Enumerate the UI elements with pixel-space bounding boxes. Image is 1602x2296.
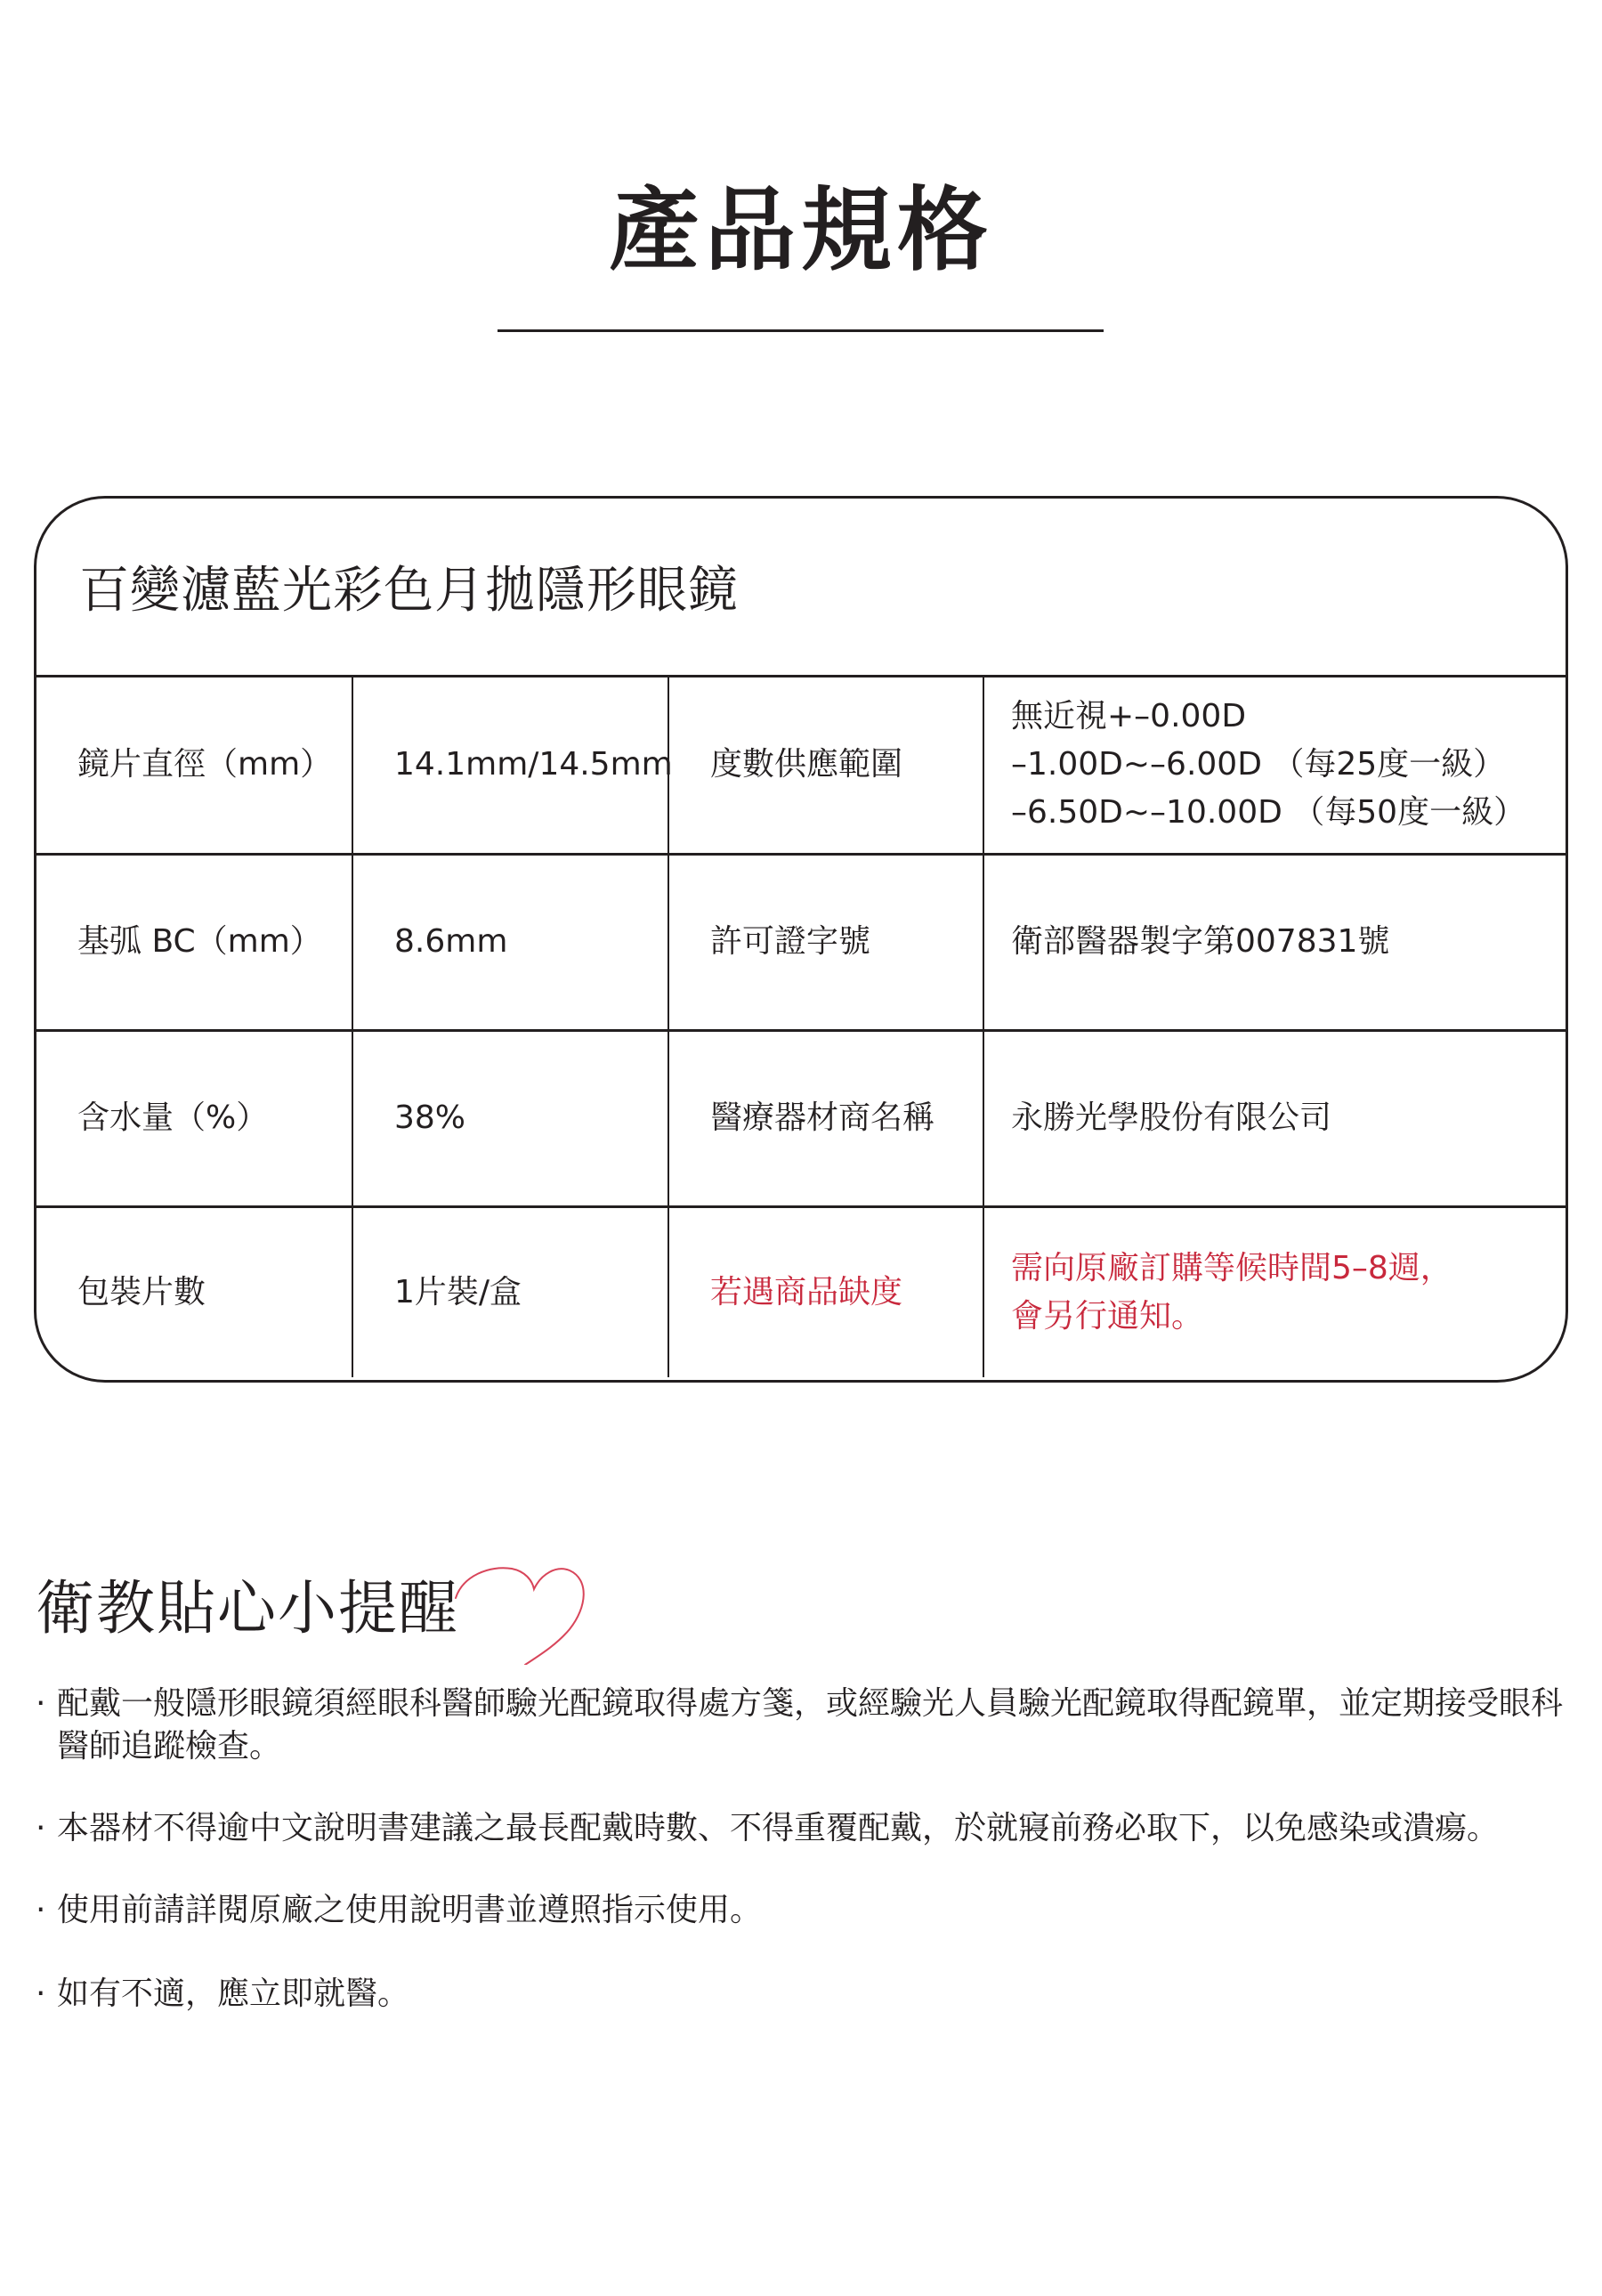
tip-item: · 使用前請詳閱原廠之使用說明書並遵照指示使用。 [36, 1889, 1566, 1932]
notice-line: 會另行通知。 [1011, 1293, 1566, 1341]
notice-line: 需向原廠訂購等候時間5–8週， [1011, 1245, 1566, 1293]
tip-text: 本器材不得逾中文說明書建議之最長配戴時數、不得重覆配戴，於就寢前務必取下，以免感… [57, 1810, 1499, 1846]
tips-heading: 衛教貼心小提醒 [36, 1569, 459, 1649]
tip-text: 如有不適，應立即就醫。 [57, 1976, 409, 2012]
label-manufacturer: 醫療器材商名稱 [668, 1030, 983, 1206]
value-power-range: 無近視+–0.00D –1.00D~–6.00D （每25度一級） –6.50D… [983, 677, 1566, 854]
value-manufacturer: 永勝光學股份有限公司 [983, 1030, 1566, 1206]
power-range-line: 無近視+–0.00D [1011, 693, 1566, 741]
bullet-dot: · [36, 1683, 57, 1725]
label-out-of-stock: 若遇商品缺度 [668, 1206, 983, 1377]
value-base-curve: 8.6mm [352, 854, 668, 1030]
bullet-dot: · [36, 1807, 57, 1850]
table-row-package: 包裝片數 1片裝/盒 若遇商品缺度 需向原廠訂購等候時間5–8週， 會另行通知。 [36, 1206, 1566, 1377]
tip-item: · 配戴一般隱形眼鏡須經眼科醫師驗光配鏡取得處方箋，或經驗光人員驗光配鏡取得配鏡… [36, 1683, 1566, 1768]
bullet-dot: · [36, 1889, 57, 1932]
title-divider [498, 329, 1104, 332]
tip-text: 配戴一般隱形眼鏡須經眼科醫師驗光配鏡取得處方箋，或經驗光人員驗光配鏡取得配鏡單，… [57, 1685, 1563, 1765]
product-name: 百變濾藍光彩色月拋隱形眼鏡 [36, 499, 1566, 677]
power-range-line: –1.00D~–6.00D （每25度一級） [1011, 741, 1566, 789]
tip-text: 使用前請詳閱原廠之使用說明書並遵照指示使用。 [57, 1892, 762, 1928]
value-diameter: 14.1mm/14.5mm [352, 677, 668, 854]
power-range-line: –6.50D~–10.00D （每50度一級） [1011, 789, 1566, 837]
table-row-water-content: 含水量（%） 38% 醫療器材商名稱 永勝光學股份有限公司 [36, 1030, 1566, 1206]
label-power-range: 度數供應範圍 [668, 677, 983, 854]
spec-table: 鏡片直徑（mm） 14.1mm/14.5mm 度數供應範圍 無近視+–0.00D… [36, 677, 1566, 1377]
label-package-count: 包裝片數 [36, 1206, 352, 1377]
value-package-count: 1片裝/盒 [352, 1206, 668, 1377]
value-out-of-stock-notice: 需向原廠訂購等候時間5–8週， 會另行通知。 [983, 1206, 1566, 1377]
table-row-base-curve: 基弧 BC（mm） 8.6mm 許可證字號 衛部醫器製字第007831號 [36, 854, 1566, 1030]
value-water-content: 38% [352, 1030, 668, 1206]
page-title: 產品規格 [0, 178, 1602, 285]
spec-card: 百變濾藍光彩色月拋隱形眼鏡 鏡片直徑（mm） 14.1mm/14.5mm 度數供… [34, 496, 1568, 1383]
table-row-diameter: 鏡片直徑（mm） 14.1mm/14.5mm 度數供應範圍 無近視+–0.00D… [36, 677, 1566, 854]
tips-header: 衛教貼心小提醒 [36, 1549, 605, 1665]
tip-item: · 本器材不得逾中文說明書建議之最長配戴時數、不得重覆配戴，於就寢前務必取下，以… [36, 1807, 1566, 1850]
value-license-number: 衛部醫器製字第007831號 [983, 854, 1566, 1030]
label-diameter: 鏡片直徑（mm） [36, 677, 352, 854]
tips-list: · 配戴一般隱形眼鏡須經眼科醫師驗光配鏡取得處方箋，或經驗光人員驗光配鏡取得配鏡… [36, 1683, 1566, 2057]
heart-icon [436, 1549, 596, 1665]
label-license-number: 許可證字號 [668, 854, 983, 1030]
tip-item: · 如有不適，應立即就醫。 [36, 1973, 1566, 2016]
label-base-curve: 基弧 BC（mm） [36, 854, 352, 1030]
page: 產品規格 百變濾藍光彩色月拋隱形眼鏡 鏡片直徑（mm） 14.1mm/14.5m… [0, 0, 1602, 2296]
label-water-content: 含水量（%） [36, 1030, 352, 1206]
bullet-dot: · [36, 1973, 57, 2016]
